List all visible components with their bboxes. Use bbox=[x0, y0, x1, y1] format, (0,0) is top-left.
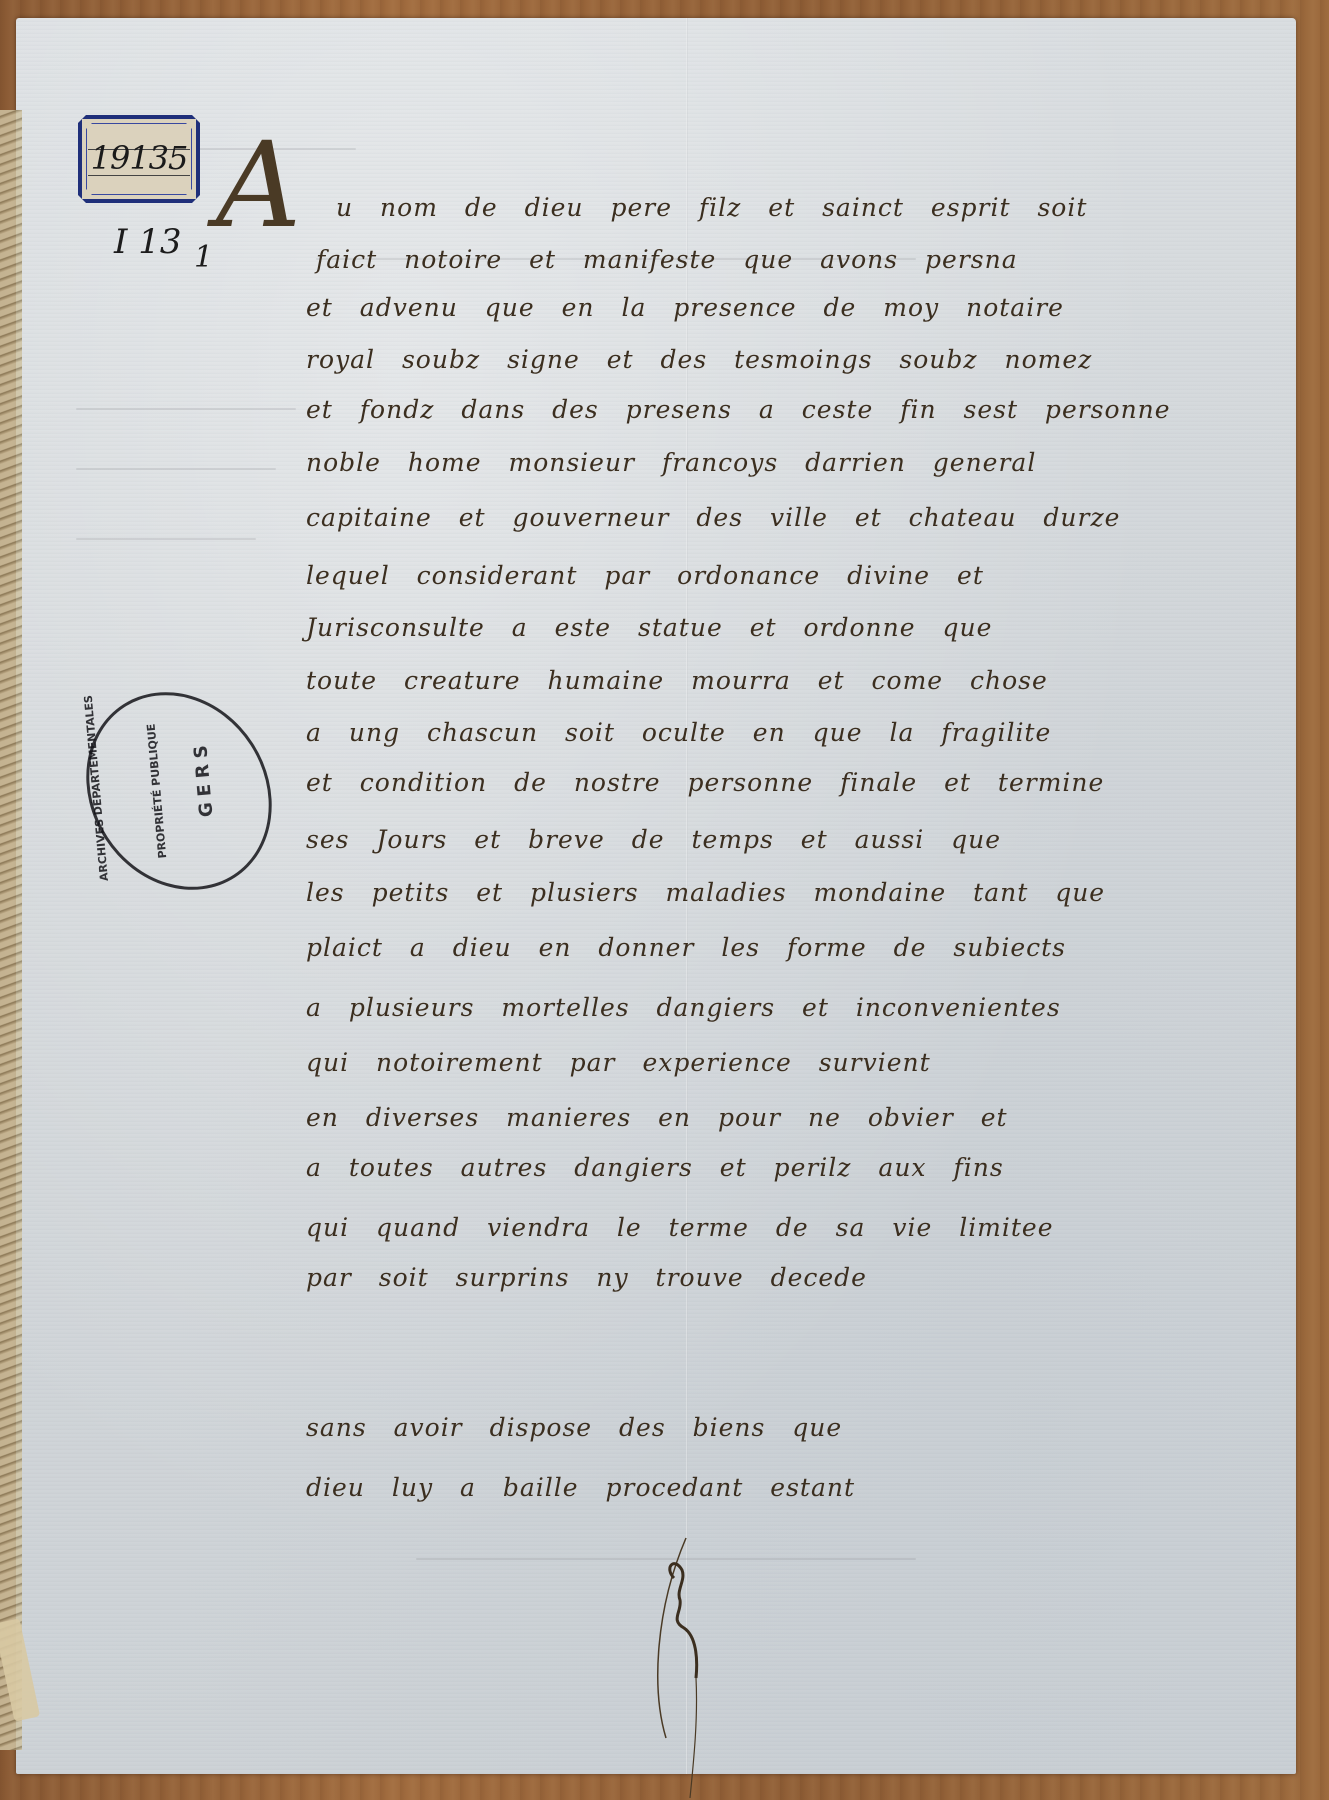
manuscript-line: et advenu que en la presence de moy nota… bbox=[306, 293, 1064, 322]
manuscript-line: a plusieurs mortelles dangiers et inconv… bbox=[306, 993, 1061, 1022]
manuscript-line: en diverses manieres en pour ne obvier e… bbox=[306, 1103, 1008, 1132]
manuscript-line: plaict a dieu en donner les forme de sub… bbox=[306, 933, 1066, 962]
manuscript-line: sans avoir dispose des biens que bbox=[306, 1413, 842, 1442]
shelfmark: I 13 bbox=[114, 222, 182, 262]
shelfmark-sub: 1 bbox=[194, 240, 213, 275]
decorative-initial: A bbox=[216, 126, 301, 244]
manuscript-line: faict notoire et manifeste que avons per… bbox=[316, 245, 1018, 274]
signature-flourish-icon bbox=[646, 1528, 716, 1800]
manuscript-line: a ung chascun soit oculte en que la frag… bbox=[306, 718, 1051, 747]
manuscript-line: lequel considerant par ordonance divine … bbox=[306, 561, 984, 590]
stamp-middle-text: PROPRIÉTÉ PUBLIQUE bbox=[145, 723, 170, 859]
manuscript-line: noble home monsieur francoys darrien gen… bbox=[306, 448, 1036, 477]
archive-number: 19135 bbox=[82, 139, 196, 177]
archive-label: 19135 bbox=[78, 115, 200, 203]
manuscript-line: et condition de nostre personne finale e… bbox=[306, 768, 1104, 797]
bleed-through-text bbox=[76, 468, 276, 470]
binding-thread bbox=[0, 110, 22, 1750]
manuscript-line: ses Jours et breve de temps et aussi que bbox=[306, 825, 1001, 854]
manuscript-line: les petits et plusiers maladies mondaine… bbox=[306, 878, 1105, 907]
bleed-through-text bbox=[76, 538, 256, 540]
manuscript-line: Jurisconsulte a este statue et ordonne q… bbox=[306, 613, 992, 642]
manuscript-line: dieu luy a baille procedant estant bbox=[306, 1473, 855, 1502]
manuscript-line: royal soubz signe et des tesmoings soubz… bbox=[306, 345, 1092, 374]
manuscript-line: capitaine et gouverneur des ville et cha… bbox=[306, 503, 1120, 532]
manuscript-line: a toutes autres dangiers et perilz aux f… bbox=[306, 1153, 1004, 1182]
manuscript-line: qui quand viendra le terme de sa vie lim… bbox=[306, 1213, 1054, 1242]
manuscript-line: par soit surprins ny trouve decede bbox=[306, 1263, 867, 1292]
bleed-through-text bbox=[76, 408, 296, 410]
manuscript-line: et fondz dans des presens a ceste fin se… bbox=[306, 395, 1171, 424]
manuscript-line: qui notoirement par experience survient bbox=[306, 1048, 931, 1077]
manuscript-line: toute creature humaine mourra et come ch… bbox=[306, 666, 1048, 695]
manuscript-page: 19135 I 13 1 ARCHIVES DÉPARTEMENTALES PR… bbox=[16, 18, 1296, 1774]
manuscript-line: u nom de dieu pere filz et sainct esprit… bbox=[336, 193, 1087, 222]
stamp-bottom-text: GERS bbox=[190, 738, 218, 817]
